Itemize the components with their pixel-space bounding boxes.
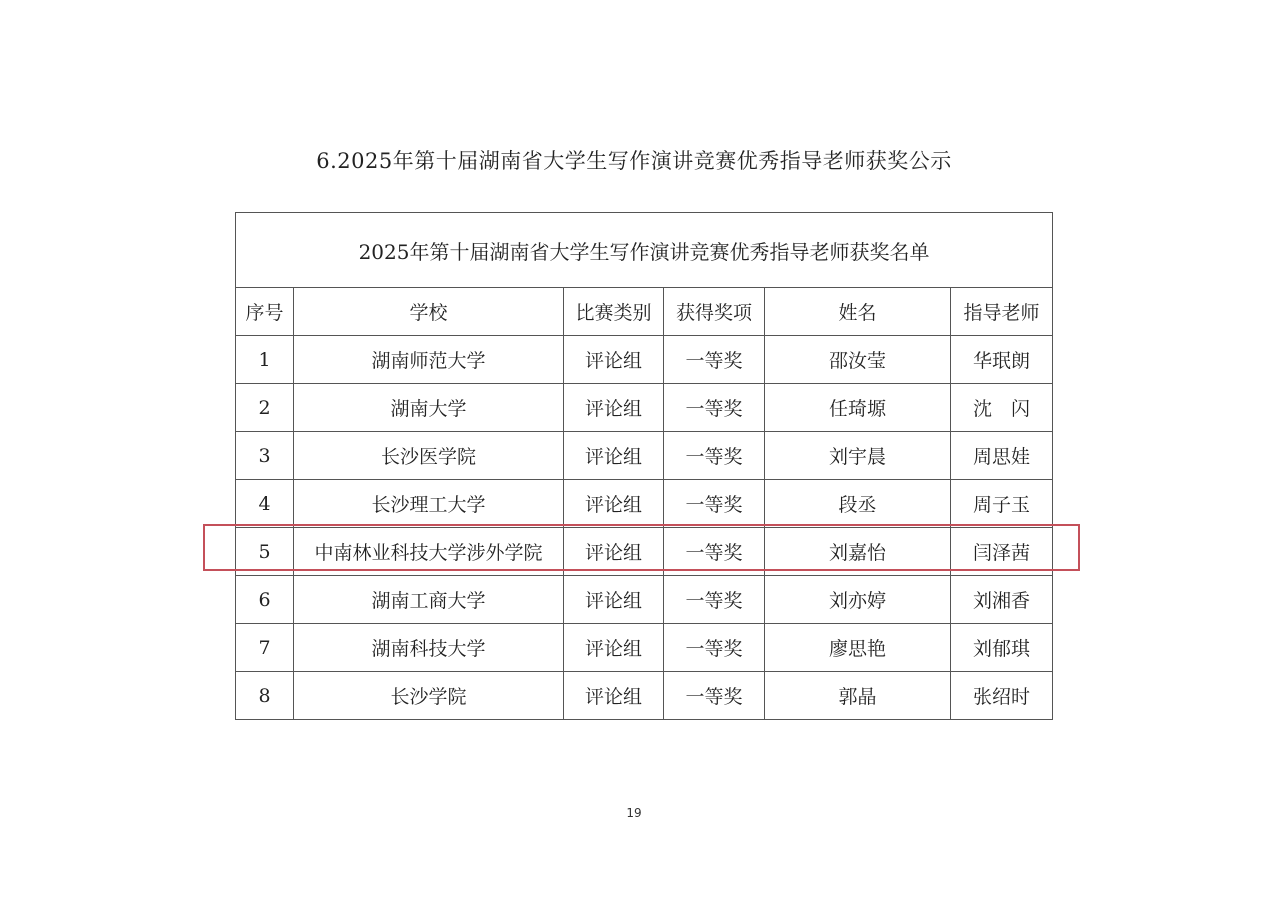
table-row-highlighted: 5 中南林业科技大学涉外学院 评论组 一等奖 刘嘉怡 闫泽茜	[236, 528, 1053, 576]
cell-advisor: 张绍时	[951, 672, 1053, 720]
cell-name: 刘亦婷	[765, 576, 951, 624]
cell-no: 7	[236, 624, 294, 672]
page-number: 19	[0, 806, 1268, 820]
cell-award: 一等奖	[664, 624, 765, 672]
cell-no: 4	[236, 480, 294, 528]
cell-school: 湖南工商大学	[294, 576, 564, 624]
cell-name: 廖思艳	[765, 624, 951, 672]
cell-name: 郭晶	[765, 672, 951, 720]
column-header-name: 姓名	[765, 288, 951, 336]
cell-name: 任琦塬	[765, 384, 951, 432]
cell-advisor: 沈 闪	[951, 384, 1053, 432]
cell-category: 评论组	[564, 336, 664, 384]
cell-no: 1	[236, 336, 294, 384]
table-row: 7 湖南科技大学 评论组 一等奖 廖思艳 刘郁琪	[236, 624, 1053, 672]
cell-category: 评论组	[564, 432, 664, 480]
award-table: 2025年第十届湖南省大学生写作演讲竞赛优秀指导老师获奖名单 序号 学校 比赛类…	[235, 212, 1053, 720]
cell-award: 一等奖	[664, 384, 765, 432]
cell-category: 评论组	[564, 672, 664, 720]
column-header-award: 获得奖项	[664, 288, 765, 336]
column-header-advisor: 指导老师	[951, 288, 1053, 336]
table-row: 1 湖南师范大学 评论组 一等奖 邵汝莹 华珉朗	[236, 336, 1053, 384]
cell-advisor: 闫泽茜	[951, 528, 1053, 576]
cell-no: 2	[236, 384, 294, 432]
column-header-school: 学校	[294, 288, 564, 336]
table-row: 4 长沙理工大学 评论组 一等奖 段丞 周子玉	[236, 480, 1053, 528]
cell-school: 中南林业科技大学涉外学院	[294, 528, 564, 576]
table-row: 8 长沙学院 评论组 一等奖 郭晶 张绍时	[236, 672, 1053, 720]
cell-name: 刘宇晨	[765, 432, 951, 480]
table-header-row: 序号 学校 比赛类别 获得奖项 姓名 指导老师	[236, 288, 1053, 336]
column-header-category: 比赛类别	[564, 288, 664, 336]
cell-advisor: 周思娃	[951, 432, 1053, 480]
cell-advisor: 周子玉	[951, 480, 1053, 528]
cell-category: 评论组	[564, 528, 664, 576]
cell-award: 一等奖	[664, 480, 765, 528]
cell-no: 8	[236, 672, 294, 720]
cell-no: 3	[236, 432, 294, 480]
cell-no: 5	[236, 528, 294, 576]
cell-name: 邵汝莹	[765, 336, 951, 384]
cell-category: 评论组	[564, 576, 664, 624]
cell-award: 一等奖	[664, 528, 765, 576]
cell-name: 刘嘉怡	[765, 528, 951, 576]
cell-award: 一等奖	[664, 432, 765, 480]
cell-award: 一等奖	[664, 336, 765, 384]
cell-award: 一等奖	[664, 672, 765, 720]
cell-category: 评论组	[564, 384, 664, 432]
cell-category: 评论组	[564, 624, 664, 672]
cell-advisor: 刘郁琪	[951, 624, 1053, 672]
cell-school: 长沙理工大学	[294, 480, 564, 528]
table-row: 2 湖南大学 评论组 一等奖 任琦塬 沈 闪	[236, 384, 1053, 432]
cell-school: 长沙学院	[294, 672, 564, 720]
cell-category: 评论组	[564, 480, 664, 528]
cell-name: 段丞	[765, 480, 951, 528]
cell-school: 湖南大学	[294, 384, 564, 432]
cell-advisor: 华珉朗	[951, 336, 1053, 384]
table-row: 6 湖南工商大学 评论组 一等奖 刘亦婷 刘湘香	[236, 576, 1053, 624]
document-heading: 6.2025年第十届湖南省大学生写作演讲竞赛优秀指导老师获奖公示	[0, 145, 1268, 175]
cell-school: 湖南科技大学	[294, 624, 564, 672]
cell-advisor: 刘湘香	[951, 576, 1053, 624]
cell-school: 长沙医学院	[294, 432, 564, 480]
table-caption: 2025年第十届湖南省大学生写作演讲竞赛优秀指导老师获奖名单	[236, 213, 1053, 288]
table-row: 3 长沙医学院 评论组 一等奖 刘宇晨 周思娃	[236, 432, 1053, 480]
cell-school: 湖南师范大学	[294, 336, 564, 384]
cell-no: 6	[236, 576, 294, 624]
cell-award: 一等奖	[664, 576, 765, 624]
column-header-no: 序号	[236, 288, 294, 336]
